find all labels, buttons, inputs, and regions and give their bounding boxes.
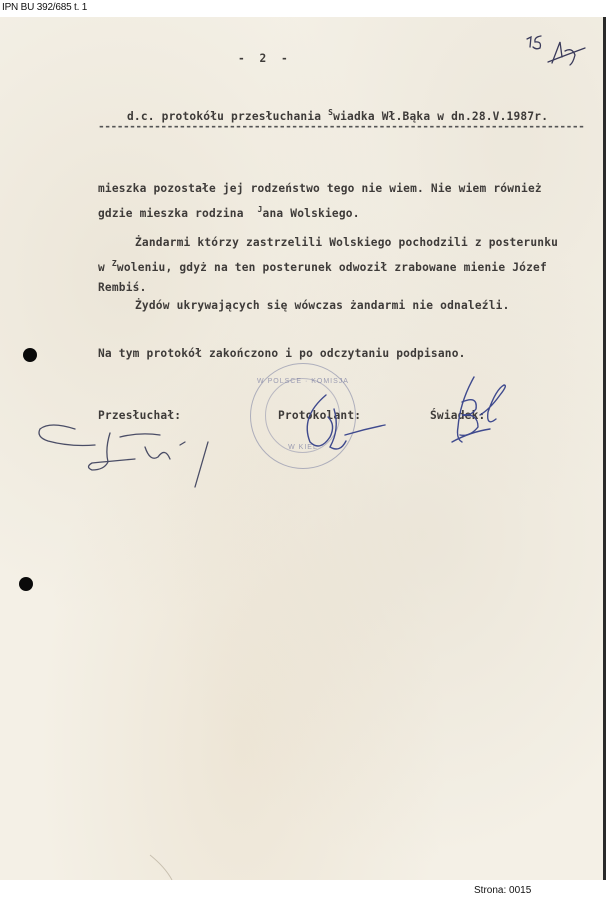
witness-signature-icon bbox=[452, 377, 505, 442]
page-indicator: Strona: 0015 bbox=[474, 885, 531, 896]
archive-reference: IPN BU 392/685 t. 1 bbox=[2, 2, 87, 13]
folio-handwriting-icon bbox=[527, 36, 585, 65]
page-crease bbox=[150, 855, 172, 880]
recorder-signature-icon bbox=[307, 395, 385, 449]
interrogator-signature-icon bbox=[39, 425, 208, 487]
document-page: - 2 - d.c. protokółu przesłuchania Swiad… bbox=[0, 17, 606, 880]
handwriting-layer bbox=[0, 17, 603, 880]
